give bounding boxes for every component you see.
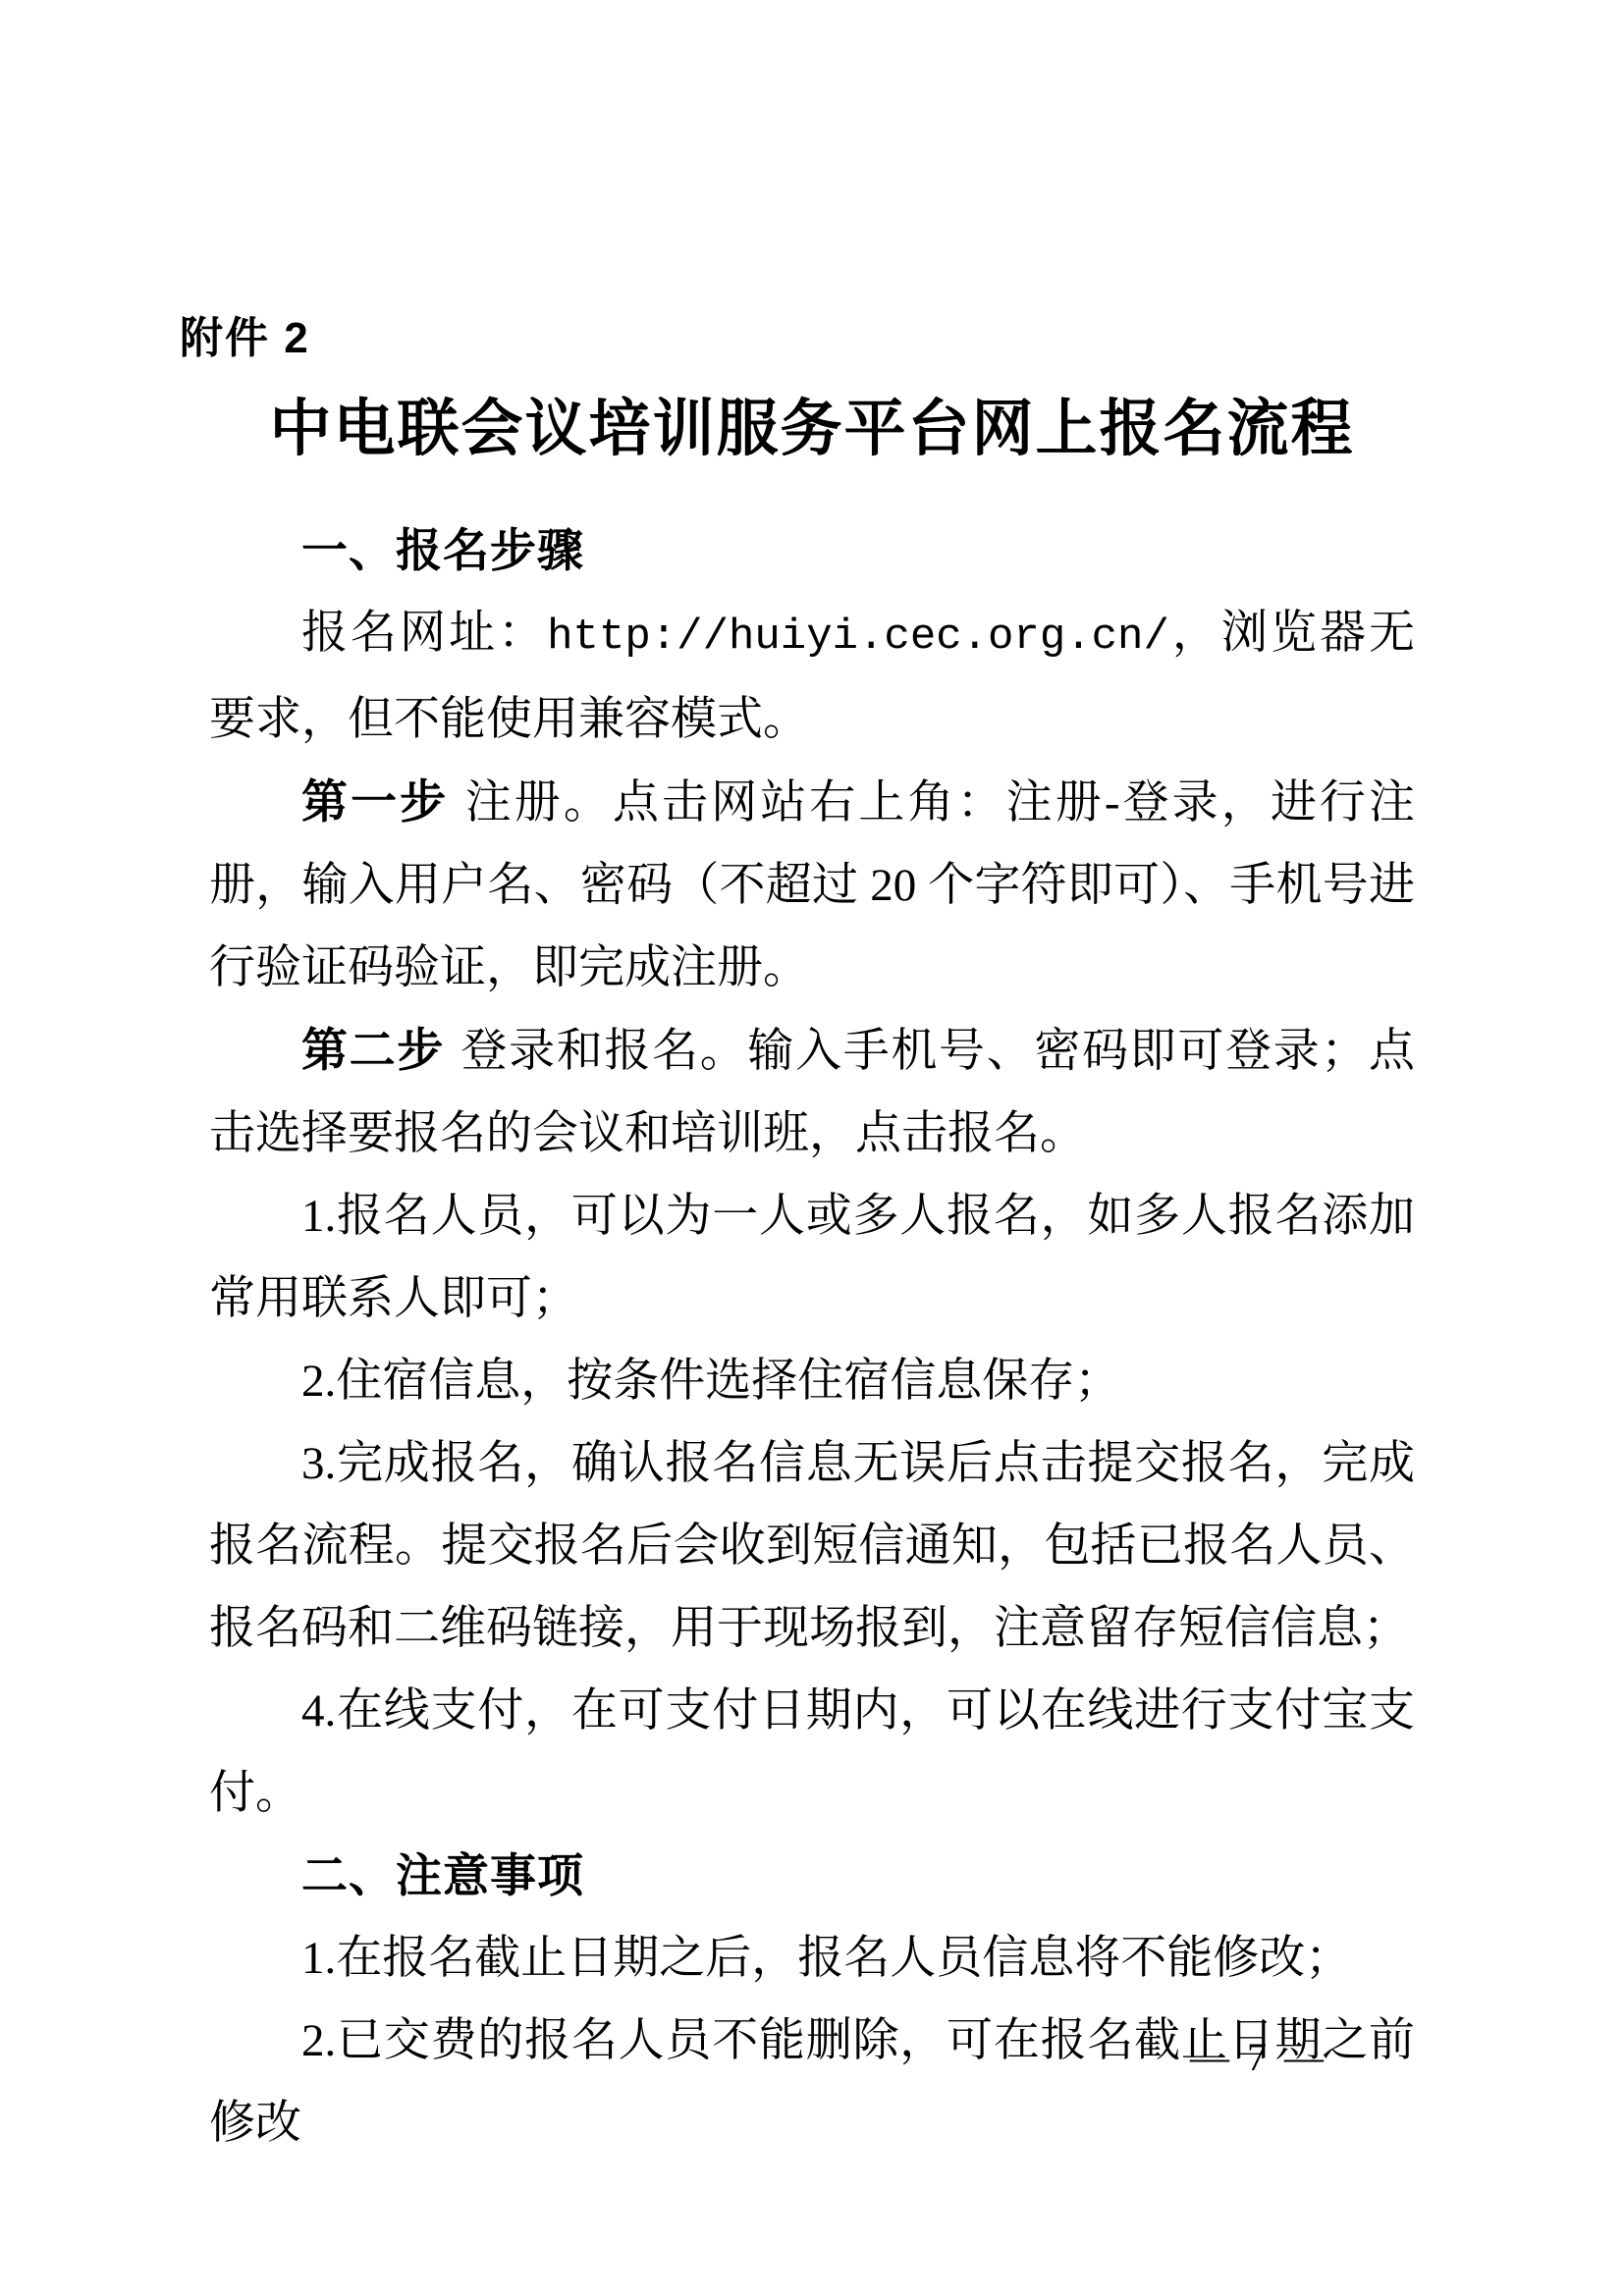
paragraph-step-2: 第二步登录和报名。输入手机号、密码即可登录；点击选择要报名的会议和培训班，点击报…	[209, 1009, 1415, 1175]
list-item-accommodation: 2.住宿信息，按条件选择住宿信息保存；	[209, 1340, 1415, 1422]
registration-url-text: http://huiyi.cec.org.cn/	[547, 613, 1169, 662]
paragraph-step-1: 第一步注册。点击网站右上角：注册-登录，进行注册，输入用户名、密码（不超过 20…	[209, 761, 1415, 1009]
step-2-label: 第二步	[301, 1024, 445, 1076]
list-item-registrants: 1.报名人员，可以为一人或多人报名，如多人报名添加常用联系人即可；	[209, 1175, 1415, 1340]
document-body: 一、报名步骤 报名网址：http://huiyi.cec.org.cn/，浏览器…	[209, 509, 1415, 2164]
section-heading-registration-steps: 一、报名步骤	[209, 509, 1415, 592]
page-number: — 7 —	[1190, 2034, 1327, 2081]
note-item-paid-no-delete: 2.已交费的报名人员不能删除，可在报名截止日期之前修改	[209, 2000, 1415, 2164]
attachment-label: 附件 2	[180, 302, 310, 365]
document-page: 附件 2 中电联会议培训服务平台网上报名流程 一、报名步骤 报名网址：http:…	[0, 0, 1624, 2296]
registration-url-prefix: 报名网址：	[301, 608, 547, 659]
paragraph-registration-url: 报名网址：http://huiyi.cec.org.cn/，浏览器无要求，但不能…	[209, 592, 1415, 761]
note-item-deadline-no-edit: 1.在报名截止日期之后，报名人员信息将不能修改；	[209, 1917, 1415, 2000]
list-item-complete-registration: 3.完成报名，确认报名信息无误后点击提交报名，完成报名流程。提交报名后会收到短信…	[209, 1422, 1415, 1670]
document-title: 中电联会议培训服务平台网上报名流程	[0, 393, 1624, 465]
list-item-online-payment: 4.在线支付，在可支付日期内，可以在线进行支付宝支付。	[209, 1670, 1415, 1835]
section-heading-notes: 二、注意事项	[209, 1835, 1415, 1917]
step-1-label: 第一步	[301, 775, 449, 828]
